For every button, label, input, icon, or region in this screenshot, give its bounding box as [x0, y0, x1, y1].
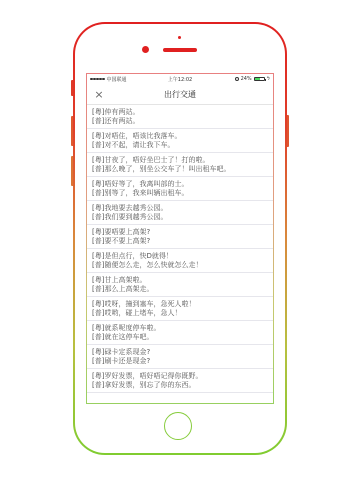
nav-bar: × 出行交通 [87, 84, 273, 105]
cantonese-line: [粤]仲有两站。 [92, 108, 268, 117]
list-item[interactable]: [粤]要唔要上高架? [普]要不要上高架? [87, 225, 273, 249]
battery-percent: 24% [241, 76, 252, 82]
mandarin-line: [普]刷卡还是现金? [92, 357, 268, 366]
signal-strength-icon [90, 78, 105, 81]
list-item[interactable]: [粤]对唔住，唔该比我落车。 [普]对不起，请让我下车。 [87, 129, 273, 153]
list-item[interactable]: [粤]唔好等了，我离叫部的士。 [普]别等了，我来叫辆出租车。 [87, 177, 273, 201]
battery-icon [254, 77, 265, 81]
cantonese-line: [粤]是但点行，快D就得！ [92, 252, 268, 261]
screen-frame: 中国联通 上午12:02 24% ϟ × 出行交通 [86, 73, 274, 404]
mandarin-line: [普]随便怎么走，怎么快就怎么走！ [92, 261, 268, 270]
mandarin-line: [普]那么上高架走。 [92, 285, 268, 294]
cantonese-line: [粤]甘夜了，唔好坐巴士了！打的啦。 [92, 156, 268, 165]
mandarin-line: [普]拿好发票，别忘了你的东西。 [92, 381, 268, 390]
orientation-lock-icon [235, 77, 239, 81]
front-camera-icon [142, 46, 149, 53]
carrier-label: 中国联通 [107, 76, 127, 83]
cantonese-line: [粤]唔好等了，我离叫部的士。 [92, 180, 268, 189]
stage: 中国联通 上午12:02 24% ϟ × 出行交通 [0, 0, 360, 480]
page-title: 出行交通 [87, 89, 273, 100]
cantonese-line: [粤]我地要去越秀公园。 [92, 204, 268, 213]
mandarin-line: [普]我们要到越秀公园。 [92, 213, 268, 222]
mandarin-line: [普]就在这停车吧。 [92, 333, 268, 342]
charging-icon: ϟ [267, 76, 270, 82]
list-item[interactable]: [粤]我地要去越秀公园。 [普]我们要到越秀公园。 [87, 201, 273, 225]
proximity-sensor [178, 36, 181, 39]
cantonese-line: [粤]对唔住，唔该比我落车。 [92, 132, 268, 141]
cantonese-line: [粤]要唔要上高架? [92, 228, 268, 237]
mandarin-line: [普]对不起，请让我下车。 [92, 141, 268, 150]
list-item[interactable]: [粤]就系呢度停车啦。 [普]就在这停车吧。 [87, 321, 273, 345]
mandarin-line: [普]要不要上高架? [92, 237, 268, 246]
list-item[interactable]: [粤]仲有两站。 [普]还有两站。 [87, 105, 273, 129]
phrase-list: [粤]仲有两站。 [普]还有两站。 [粤]对唔住，唔该比我落车。 [普]对不起，… [87, 105, 273, 393]
list-item[interactable]: [粤]甘上高架啦。 [普]那么上高架走。 [87, 273, 273, 297]
earpiece-speaker [163, 48, 197, 52]
cantonese-line: [粤]甘上高架啦。 [92, 276, 268, 285]
mandarin-line: [普]还有两站。 [92, 117, 268, 126]
list-item[interactable]: [粤]哎呀，撞到塞车，急死人啦！ [普]哎哟，碰上堵车，急人！ [87, 297, 273, 321]
mandarin-line: [普]哎哟，碰上堵车，急人！ [92, 309, 268, 318]
status-left: 中国联通 [90, 76, 127, 83]
mandarin-line: [普]别等了，我来叫辆出租车。 [92, 189, 268, 198]
screen: 中国联通 上午12:02 24% ϟ × 出行交通 [87, 74, 273, 403]
status-bar: 中国联通 上午12:02 24% ϟ [87, 74, 273, 84]
home-button[interactable] [164, 412, 192, 440]
list-item[interactable]: [粤]罗好发票，唔好唔记得你既野。 [普]拿好发票，别忘了你的东西。 [87, 369, 273, 393]
cantonese-line: [粤]哎呀，撞到塞车，急死人啦！ [92, 300, 268, 309]
cantonese-line: [粤]碌卡定系现金? [92, 348, 268, 357]
list-item[interactable]: [粤]是但点行，快D就得！ [普]随便怎么走，怎么快就怎么走！ [87, 249, 273, 273]
status-right: 24% ϟ [235, 76, 270, 82]
mandarin-line: [普]那么晚了，别坐公交车了！叫出租车吧。 [92, 165, 268, 174]
close-button[interactable]: × [92, 87, 106, 101]
cantonese-line: [粤]罗好发票，唔好唔记得你既野。 [92, 372, 268, 381]
close-icon: × [94, 89, 103, 100]
cantonese-line: [粤]就系呢度停车啦。 [92, 324, 268, 333]
list-item[interactable]: [粤]甘夜了，唔好坐巴士了！打的啦。 [普]那么晚了，别坐公交车了！叫出租车吧。 [87, 153, 273, 177]
list-item[interactable]: [粤]碌卡定系现金? [普]刷卡还是现金? [87, 345, 273, 369]
